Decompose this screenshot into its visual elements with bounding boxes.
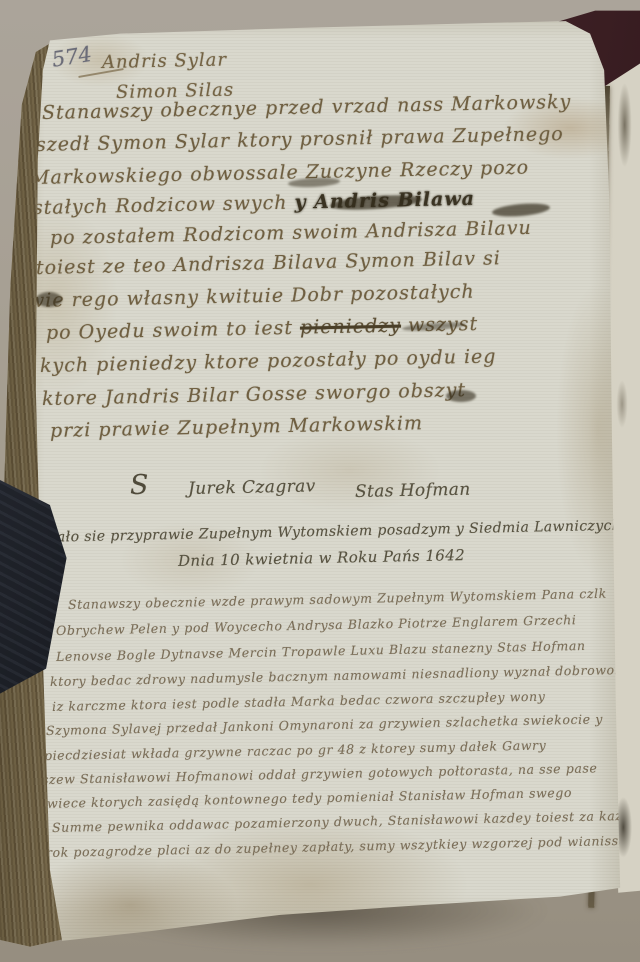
witness-name-1: Jurek Czagrav xyxy=(188,476,316,499)
manuscript-line: Szymona Sylavej przedał Jankoni Omynaron… xyxy=(46,711,603,738)
photo-background: 574 Andris Sylar Simon Silas Stanawszy o… xyxy=(0,0,640,962)
manuscript-line: toiest ze teo Andrisza Bilava Symon Bila… xyxy=(36,247,501,279)
manuscript-line: Markowskiego obwossale Zuczyne Rzeczy po… xyxy=(30,157,530,189)
manuscript-line: wie rego własny kwituie Dobr pozostałych xyxy=(28,281,475,312)
manuscript-line: Obrychew Pelen y pod Woycecho Andrysa Bl… xyxy=(56,612,577,638)
manuscript-line: świece ktorych zasiędą kontownego tedy p… xyxy=(40,785,572,811)
manuscript-line: przi prawie Zupełnym Markowskim xyxy=(50,412,423,442)
line-text: stałych Rodzicow swych xyxy=(33,192,295,219)
manuscript-line: szedł Symon Sylar ktory prosnił prawa Zu… xyxy=(36,123,564,156)
line-text: po Oyedu swoim to iest xyxy=(46,317,300,344)
manuscript-line: po zostałem Rodzicom swoim Andrisza Bila… xyxy=(50,217,532,249)
ink-blot xyxy=(36,292,62,307)
manuscript-line: kych pieniedzy ktore pozostały po oydu i… xyxy=(40,345,497,377)
manuscript-page: 574 Andris Sylar Simon Silas Stanawszy o… xyxy=(0,0,640,962)
date-line: Dnia 10 kwietnia w Roku Pańs 1642 xyxy=(178,546,465,570)
page-number: 574 xyxy=(50,42,93,72)
manuscript-line: ktory bedac zdrowy nadumysle bacznym nam… xyxy=(50,662,640,689)
manuscript-line: iz karczme ktora iest podle stadła Marka… xyxy=(52,689,546,714)
manuscript-line: Lenovse Bogle Dytnavse Mercin Tropawle L… xyxy=(56,638,586,664)
manuscript-line: ktore Jandris Bilar Gosse sworgo obszyt xyxy=(42,379,466,410)
ink-blot xyxy=(492,201,551,218)
struck-through-word: pieniedzy xyxy=(300,315,401,339)
witness-name-2: Stas Hofman xyxy=(355,480,471,502)
manuscript-line: piecdziesiat wkłada grzywne raczac po gr… xyxy=(44,737,547,763)
manuscript-line: szew Stanisławowi Hofmanowi oddał grzywi… xyxy=(42,760,598,787)
closing-formula-line: Stało sie przyprawie Zupełnym Wytomskiem… xyxy=(34,508,622,548)
manuscript-line: Summe pewnika oddawac pozamierzony dwuch… xyxy=(52,808,639,835)
entry1-name-1: Andris Sylar xyxy=(102,49,227,73)
ink-blot xyxy=(446,390,476,402)
attestation-initial: S xyxy=(130,470,150,501)
manuscript-line: Stanawszy obecznie wzde prawym sadowym Z… xyxy=(68,586,607,612)
manuscript-line: rok pozagrodze placi az do zupełney zapł… xyxy=(46,833,627,860)
